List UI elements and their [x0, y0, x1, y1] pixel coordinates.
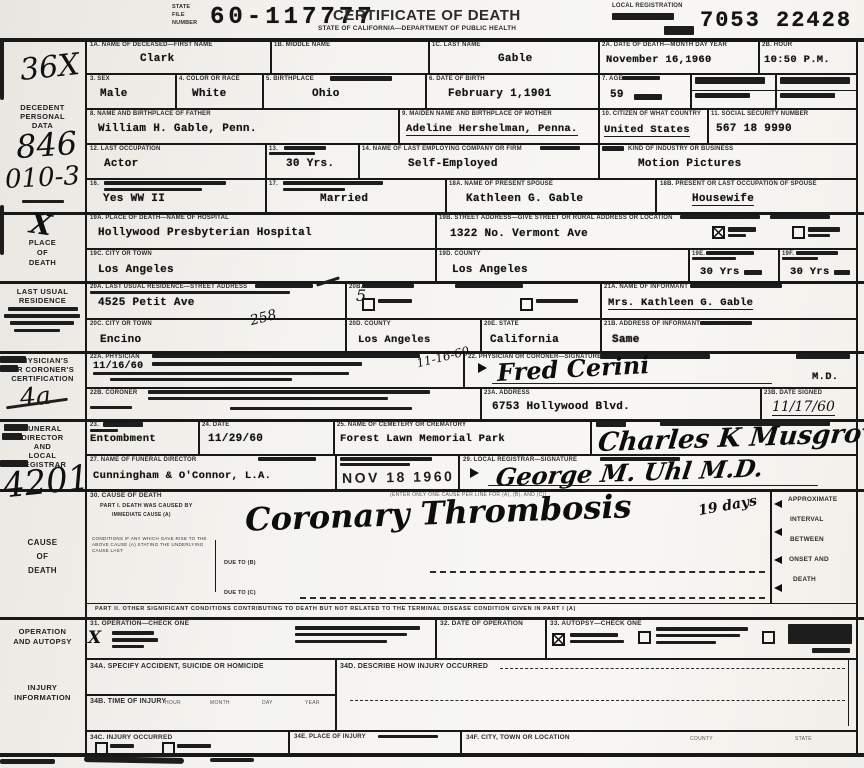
grid-line [655, 178, 657, 212]
grid-line [600, 281, 602, 351]
field-label: 24. DATE [202, 422, 230, 428]
grid-line [85, 694, 335, 696]
redacted-text [834, 270, 850, 275]
field-label: 14. NAME OF LAST EMPLOYING COMPANY OR FI… [362, 146, 522, 152]
grid-line [545, 617, 547, 658]
burial-date-value: 11/29/60 [208, 433, 263, 445]
grid-line [175, 73, 177, 108]
grid-line [778, 248, 780, 281]
date-of-death-value: November 16,1960 [606, 54, 712, 66]
redacted-text [112, 645, 144, 648]
arrow-icon [774, 556, 782, 564]
embalmer-signature: Charles K Musgrove [597, 418, 864, 458]
redacted-text [700, 321, 752, 325]
fill-in-line [500, 668, 845, 669]
field-label: 34B. TIME OF INJURY [90, 698, 166, 705]
redacted-text [455, 284, 523, 288]
redacted-text [152, 354, 420, 358]
residence-county-value: Los Angeles [358, 334, 431, 346]
place-of-death-value: Hollywood Presbyterian Hospital [98, 227, 312, 239]
margin-section-label: INFORMATION [0, 693, 85, 702]
arrow-icon [478, 363, 487, 373]
grid-line [598, 38, 600, 178]
redacted-text [295, 626, 420, 630]
scan-artifact [0, 40, 4, 100]
redacted-text [378, 735, 438, 738]
certificate-subtitle: STATE OF CALIFORNIA—DEPARTMENT OF PUBLIC… [318, 25, 516, 32]
grid-line [85, 73, 858, 75]
redacted-text [656, 634, 740, 637]
due-to-c-label: DUE TO (C) [224, 590, 256, 596]
redacted-text [177, 744, 211, 748]
interval-label: DEATH [793, 576, 816, 583]
grid-line [335, 454, 337, 489]
margin-handwriting: X [28, 207, 54, 243]
occupation-value: Actor [104, 158, 139, 170]
handwritten-mark: 258 [248, 307, 278, 329]
father-value: William H. Gable, Penn. [98, 123, 257, 135]
margin-section-label: DECEDENT [0, 103, 85, 112]
grid-line [288, 730, 290, 753]
grid-line [770, 489, 772, 603]
margin-section-label: AND [0, 442, 85, 451]
arrow-icon [774, 528, 782, 536]
file-number-word: STATE [172, 4, 190, 10]
redacted-text [90, 291, 290, 294]
redacted-text [706, 251, 754, 255]
cause-part2-label: PART II. OTHER SIGNIFICANT CONDITIONS CO… [95, 606, 576, 612]
interval-label: INTERVAL [790, 516, 824, 523]
margin-section-label: CAUSE [0, 538, 85, 547]
redacted-text [796, 354, 850, 359]
grid-line [198, 419, 200, 454]
time-column-label: HOUR [165, 700, 181, 706]
redacted-text [10, 321, 74, 325]
margin-section-label: OPERATION [0, 627, 85, 636]
ssn-value: 567 18 9990 [716, 123, 792, 135]
redacted-text [104, 188, 202, 191]
local-registration-label: LOCAL REGISTRATION [612, 3, 683, 9]
redacted-text [378, 299, 412, 303]
redacted-text [770, 215, 830, 219]
signature-baseline [488, 485, 818, 486]
field-label: 17. [269, 181, 278, 187]
grid-line [435, 212, 437, 281]
sex-value: Male [100, 88, 128, 100]
grid-line [760, 387, 762, 419]
redacted-text [596, 421, 626, 427]
redacted-text [570, 633, 618, 637]
death-certificate-scan: STATE FILE NUMBER 60-117777 CERTIFICATE … [0, 0, 864, 768]
autopsy-checkbox [762, 631, 775, 644]
redacted-text [692, 257, 736, 260]
informant-address-value: Same [612, 334, 640, 346]
redacted-text [690, 284, 782, 288]
degree-value: M.D. [812, 371, 838, 383]
interval-label: ONSET AND [789, 556, 829, 563]
redacted-text [0, 365, 18, 372]
military-service-value: Yes WW II [103, 193, 165, 205]
interval-label: APPROXIMATE [788, 496, 837, 503]
grid-line [458, 454, 460, 489]
redacted-text [110, 744, 134, 748]
registrar-date-stamp: NOV 18 1960 [342, 468, 455, 486]
field-label: 2B. HOUR [762, 42, 792, 48]
stay-in-county-value: 30 Yrs [700, 266, 740, 278]
grid-line [848, 660, 849, 726]
handwritten-stroke [22, 200, 64, 203]
autopsy-checkbox [638, 631, 651, 644]
last-name-value: Gable [498, 53, 533, 65]
marital-status-value: Married [320, 193, 368, 205]
time-column-label: DAY [262, 700, 273, 706]
grid-line [85, 248, 858, 250]
redacted-text [622, 76, 660, 80]
redacted-text [744, 270, 762, 275]
field-label: 27. NAME OF FUNERAL DIRECTOR [90, 457, 196, 463]
cause-part1-label: PART I. DEATH WAS CAUSED BY [100, 503, 193, 509]
redacted-text [0, 356, 26, 363]
redacted-text [93, 372, 349, 375]
fill-in-line [350, 700, 845, 701]
margin-section-label: AND AUTOPSY [0, 637, 85, 646]
redacted-text [656, 627, 748, 631]
cemetery-value: Forest Lawn Memorial Park [340, 433, 505, 445]
redacted-text [269, 152, 315, 155]
redacted-text [330, 76, 392, 81]
field-label: 34F. CITY, TOWN OR LOCATION [466, 734, 570, 741]
scan-artifact [84, 756, 184, 764]
grid-line [435, 617, 437, 658]
redacted-text [788, 624, 852, 644]
age-value: 59 [610, 89, 624, 101]
field-label: 30. CAUSE OF DEATH [90, 492, 162, 499]
physician-date-value: 11/16/60 [93, 361, 143, 372]
field-label: 7. AGE [602, 76, 623, 82]
time-column-label: MONTH [210, 700, 230, 706]
field-label: 3. SEX [90, 76, 110, 82]
field-label: 21A. NAME OF INFORMANT [604, 284, 688, 290]
file-number-word: FILE [172, 12, 185, 18]
margin-section-label: OF [0, 248, 85, 257]
cause-conditions-label: CONDITIONS IF ANY WHICH GAVE RISE TO THE… [92, 536, 207, 554]
field-label: 6. DATE OF BIRTH [429, 76, 485, 82]
field-label: 25. NAME OF CEMETERY OR CREMATORY [337, 422, 466, 428]
redacted-text [782, 257, 818, 260]
field-label: 19B. STREET ADDRESS—GIVE STREET OR RURAL… [439, 215, 673, 221]
redacted-text [680, 215, 760, 219]
margin-handwriting: 36X [18, 47, 81, 88]
field-label: 34C. INJURY OCCURRED [90, 734, 172, 741]
grid-line [358, 143, 360, 178]
redacted-text [340, 457, 432, 461]
redacted-text [14, 329, 60, 332]
redacted-text [780, 93, 835, 98]
residence-city-value: Encino [100, 334, 141, 346]
margin-section-label: LAST USUAL [0, 287, 85, 296]
informant-name-value: Mrs. Kathleen G. Gable [608, 297, 753, 310]
field-label: 18A. NAME OF PRESENT SPOUSE [449, 181, 553, 187]
cause-immediate-label: IMMEDIATE CAUSE (A) [112, 512, 171, 518]
grid-line [460, 730, 462, 753]
redacted-text [283, 188, 345, 191]
redacted-text [570, 640, 624, 643]
field-label: 34D. DESCRIBE HOW INJURY OCCURRED [340, 663, 488, 670]
grid-line [425, 73, 427, 108]
street-address-value: 1322 No. Vermont Ave [450, 228, 588, 240]
redacted-text [536, 299, 578, 303]
margin-section-label: INJURY [0, 683, 85, 692]
grid-line [428, 38, 430, 73]
field-label: KIND OF INDUSTRY OR BUSINESS [628, 146, 733, 152]
field-label: 23. [90, 422, 99, 428]
grid-line [345, 281, 347, 351]
field-label: 19D. COUNTY [439, 251, 481, 257]
employer-value: Self-Employed [408, 158, 498, 170]
grid-line [856, 38, 858, 757]
redacted-text [148, 397, 388, 400]
field-label: 4. COLOR OR RACE [179, 76, 240, 82]
redacted-text [295, 633, 407, 636]
margin-section-label: DEATH [0, 258, 85, 267]
grid-line [85, 658, 858, 660]
redacted-text [112, 638, 158, 642]
redacted-text [612, 13, 674, 20]
margin-handwriting: 010-3 [4, 161, 80, 195]
grid-line [270, 38, 272, 73]
grid-line [398, 108, 400, 143]
state-label: STATE [795, 736, 812, 742]
grid-line [85, 603, 858, 604]
birthplace-value: Ohio [312, 88, 340, 100]
field-label: 20E. STATE [484, 321, 519, 327]
field-label: 20D. COUNTY [349, 321, 391, 327]
spouse-name-value: Kathleen G. Gable [466, 193, 583, 205]
grid-line [480, 387, 482, 419]
redacted-text [8, 307, 78, 311]
arrow-icon [774, 500, 782, 508]
certificate-title: CERTIFICATE OF DEATH [333, 7, 521, 24]
redacted-text [148, 390, 430, 394]
grid-line [85, 387, 858, 389]
grid-line [85, 318, 858, 320]
redacted-text [103, 422, 143, 427]
redacted-text [258, 457, 316, 461]
field-label: 20A. LAST USUAL RESIDENCE—STREET ADDRESS [90, 284, 247, 290]
inside-city-limits-checkbox [712, 226, 725, 239]
residence-inside-limits-checkbox [362, 298, 375, 311]
race-value: White [192, 88, 227, 100]
redacted-text [152, 362, 362, 366]
field-label: 23A. ADDRESS [484, 390, 530, 396]
grid-line [215, 540, 216, 592]
field-label: 19C. CITY OR TOWN [90, 251, 152, 257]
grid-line [333, 419, 335, 454]
field-label: 21B. ADDRESS OF INFORMANT [604, 321, 700, 327]
field-label: 1B. MIDDLE NAME [274, 42, 330, 48]
field-label: 8. NAME AND BIRTHPLACE OF FATHER [90, 111, 211, 117]
redacted-text [4, 314, 80, 318]
field-label: 9. MAIDEN NAME AND BIRTHPLACE OF MOTHER [402, 111, 552, 117]
grid-line [480, 318, 482, 351]
field-label: 34A. SPECIFY ACCIDENT, SUICIDE OR HOMICI… [90, 663, 264, 670]
field-label: 1A. NAME OF DECEASED—FIRST NAME [90, 42, 213, 48]
time-column-label: YEAR [305, 700, 320, 706]
spouse-occupation-value: Housewife [692, 193, 754, 206]
field-label: 5. BIRTHPLACE [266, 76, 314, 82]
field-label: 11. SOCIAL SECURITY NUMBER [711, 111, 808, 117]
margin-section-label: RESIDENCE [0, 296, 85, 305]
arrow-icon [470, 468, 479, 478]
grid-line [758, 38, 760, 73]
county-of-death-value: Los Angeles [452, 264, 528, 276]
injury-not-at-work-checkbox [162, 742, 175, 755]
years-in-occupation-value: 30 Yrs. [286, 158, 334, 170]
field-label: 2A. DATE OF DEATH—MONTH DAY YEAR [602, 42, 727, 48]
autopsy-checkbox [552, 633, 565, 646]
redacted-text [110, 378, 292, 381]
operation-check-mark: X [88, 628, 101, 648]
industry-value: Motion Pictures [638, 158, 742, 170]
redacted-text [90, 406, 132, 409]
redacted-text [104, 181, 226, 185]
grid-line [262, 73, 264, 108]
interval-value: 19 days [697, 493, 758, 519]
local-certificate-number: 7053 22428 [700, 8, 852, 33]
grid-line [85, 38, 87, 757]
burial-type-value: Entombment [90, 433, 156, 445]
redacted-text [728, 227, 756, 232]
redacted-text [284, 146, 326, 150]
funeral-director-value: Cunningham & O'Connor, L.A. [93, 470, 271, 482]
field-label: 32. DATE OF OPERATION [440, 620, 523, 627]
redacted-text [728, 234, 746, 237]
redacted-text [602, 146, 624, 151]
redacted-text [295, 640, 387, 643]
grid-line [85, 143, 858, 145]
redacted-text [780, 77, 850, 84]
margin-section-label: DEATH [0, 566, 85, 575]
redacted-text [808, 227, 840, 232]
redacted-text [255, 284, 313, 288]
margin-handwriting: 4a [19, 381, 52, 413]
field-label: 20C. CITY OR TOWN [90, 321, 152, 327]
redacted-text [808, 234, 830, 237]
physician-address-value: 6753 Hollywood Blvd. [492, 401, 630, 413]
redacted-text [695, 77, 765, 84]
citizenship-value: United States [604, 124, 690, 137]
signature-baseline [492, 383, 772, 384]
grid-line [688, 248, 690, 281]
stay-in-california-value: 30 Yrs [790, 266, 830, 278]
interval-label: BETWEEN [790, 536, 824, 543]
redacted-text [695, 93, 750, 98]
redacted-text [634, 94, 662, 100]
grid-line [707, 108, 709, 143]
redacted-text [230, 407, 412, 410]
redacted-text [4, 424, 28, 431]
fill-in-line [430, 571, 765, 573]
field-label: 22A. PHYSICIAN [90, 354, 140, 360]
field-label: 19A. PLACE OF DEATH—NAME OF HOSPITAL [90, 215, 229, 221]
redacted-text [2, 433, 22, 440]
date-signed-value: 11/17/60 [772, 399, 835, 416]
redacted-text [283, 181, 383, 185]
redacted-text [656, 641, 716, 644]
redacted-text [812, 648, 850, 653]
field-label: 33. AUTOPSY—CHECK ONE [550, 620, 642, 627]
date-of-birth-value: February 1,1901 [448, 88, 552, 100]
margin-section-label: PERSONAL [0, 112, 85, 121]
grid-line [265, 143, 267, 212]
margin-handwriting: 846 [15, 124, 79, 166]
margin-handwriting: 4201 [1, 458, 91, 507]
grid-line [690, 90, 858, 91]
city-of-death-value: Los Angeles [98, 264, 174, 276]
scan-artifact [0, 759, 55, 764]
grid-line [85, 178, 858, 180]
field-label: 1C. LAST NAME [432, 42, 481, 48]
field-label: 10. CITIZEN OF WHAT COUNTRY [602, 111, 701, 117]
redacted-text [362, 284, 414, 288]
redacted-text [796, 251, 838, 255]
field-label: 31. OPERATION—CHECK ONE [90, 620, 189, 627]
county-label: COUNTY [690, 736, 713, 742]
outside-city-limits-checkbox [792, 226, 805, 239]
fill-in-line [300, 597, 765, 599]
residence-outside-limits-checkbox [520, 298, 533, 311]
due-to-b-label: DUE TO (B) [224, 560, 256, 566]
field-label: 23B. DATE SIGNED [764, 390, 822, 396]
grid-line [335, 658, 337, 730]
margin-section-label: OF [0, 552, 85, 561]
injury-at-work-checkbox [95, 742, 108, 755]
margin-section-label: PLACE [0, 238, 85, 247]
field-label: 22B. CORONER [90, 390, 137, 396]
grid-line [85, 108, 858, 110]
arrow-icon [774, 584, 782, 592]
field-label: 18B. PRESENT OR LAST OCCUPATION OF SPOUS… [660, 181, 817, 187]
grid-line [85, 730, 858, 732]
redacted-text [112, 631, 154, 635]
grid-line [590, 419, 592, 454]
hour-value: 10:50 P.M. [764, 54, 830, 66]
redacted-text [664, 26, 694, 35]
scan-artifact [210, 758, 254, 762]
redacted-text [90, 429, 118, 432]
residence-state-value: California [490, 334, 559, 346]
residence-street-value: 4525 Petit Ave [98, 297, 195, 309]
redacted-text [540, 146, 580, 150]
scan-artifact [0, 205, 4, 255]
field-label: 12. LAST OCCUPATION [90, 146, 161, 152]
field-label: 16. [90, 181, 99, 187]
redacted-text [340, 463, 410, 466]
mother-value: Adeline Hershelman, Penna. [406, 123, 578, 136]
field-label: 34E. PLACE OF INJURY [294, 734, 366, 740]
grid-line [445, 178, 447, 212]
file-number-word: NUMBER [172, 20, 197, 26]
first-name-value: Clark [140, 53, 175, 65]
cause-of-death-value: Coronary Thrombosis [244, 487, 632, 538]
